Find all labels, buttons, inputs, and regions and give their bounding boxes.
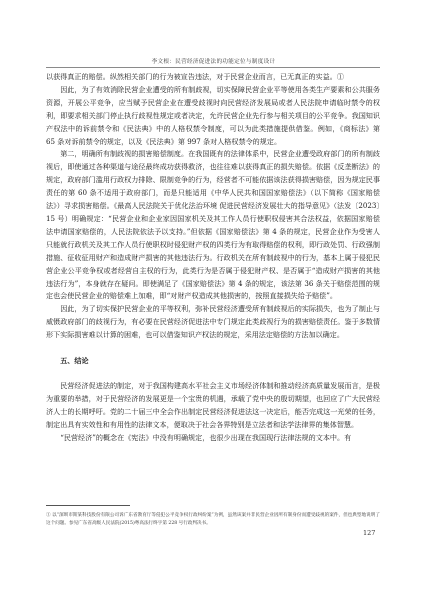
article-body: 以获得真正的赔偿。纵然相关部门的行为被宣告违法，对于民营企业而言，已无真正的实益…	[46, 71, 380, 444]
paragraph: 因此，为了有效消除民营企业遭受的所有制歧视，切实保障民营企业平等使用各类生产要素…	[46, 84, 380, 149]
paragraph: 因此，为了切实保护民营企业的平等权利，弥补民营经济遭受所有制歧视后的实际损失，也…	[46, 303, 380, 342]
section-title: 五、结论	[46, 355, 380, 368]
footnote-rule	[46, 505, 130, 506]
footnote-text: 以“深圳市斯某科技股份有限公司诉广东省教育厅等侵犯公平竞争权行政纠纷案”为例，虽…	[46, 513, 380, 526]
footnote-marker: ①	[46, 513, 51, 518]
footnote: ① 以“深圳市斯某科技股份有限公司诉广东省教育厅等侵犯公平竞争权行政纠纷案”为例…	[46, 512, 380, 528]
page-number: 127	[363, 529, 375, 537]
paragraph: 第二，明确所有制歧视的损害赔偿制度。在我国既有的法律体系中，民营企业遭受政府部门…	[46, 148, 380, 303]
header-rule	[46, 67, 380, 68]
paragraph: “民营经济”的概念在《宪法》中没有明确规定，也很少出现在我国现行法律法规的文本中…	[46, 432, 380, 445]
paragraph: 以获得真正的赔偿。纵然相关部门的行为被宣告违法，对于民营企业而言，已无真正的实益…	[46, 71, 380, 84]
paragraph: 民营经济促进法的制定，对于我国构建高水平社会主义市场经济体制和推动经济高质量发展…	[46, 380, 380, 432]
running-head: 李文根：民营经济促进法的功能定位与制度设计	[0, 57, 427, 65]
